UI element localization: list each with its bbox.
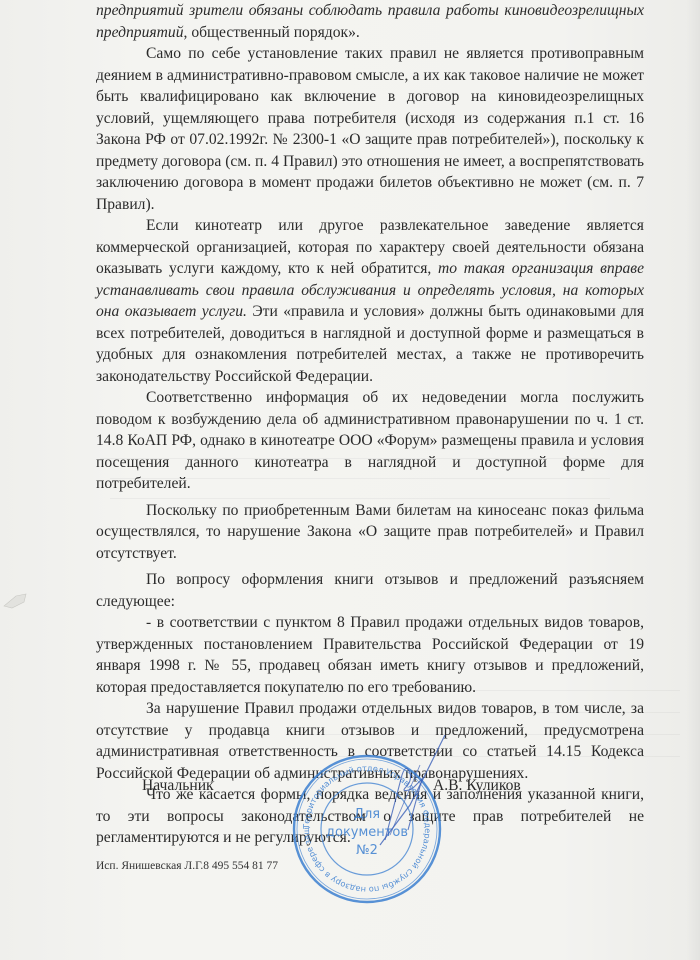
scanned-page: предприятий зрители обязаны соблюдать пр… xyxy=(0,0,700,960)
paragraph-rule-8: - в соответствии с пунктом 8 Правил прод… xyxy=(96,612,644,698)
paragraph-rules-legality: Само по себе установление таких правил н… xyxy=(96,43,644,215)
page-edge-shadow xyxy=(686,0,700,960)
signatory-title: Начальник xyxy=(142,777,214,795)
letter-body: предприятий зрители обязаны соблюдать пр… xyxy=(96,0,644,849)
handwritten-signature-icon xyxy=(350,735,450,850)
paragraph-organization-rules: Если кинотеатр или другое развлекательно… xyxy=(96,215,644,387)
paper-smudge xyxy=(2,592,30,610)
paragraph-quote-end: предприятий зрители обязаны соблюдать пр… xyxy=(96,0,644,43)
paragraph-no-violation: Поскольку по приобретенным Вами билетам … xyxy=(96,500,644,565)
executor-contact: Исп. Янишевская Л.Г.8 495 554 81 77 xyxy=(96,860,278,872)
paragraph-koap-forum: Соответственно информация об их недоведе… xyxy=(96,387,644,495)
paragraph-complaint-book-intro: По вопросу оформления книги отзывов и пр… xyxy=(96,569,644,612)
